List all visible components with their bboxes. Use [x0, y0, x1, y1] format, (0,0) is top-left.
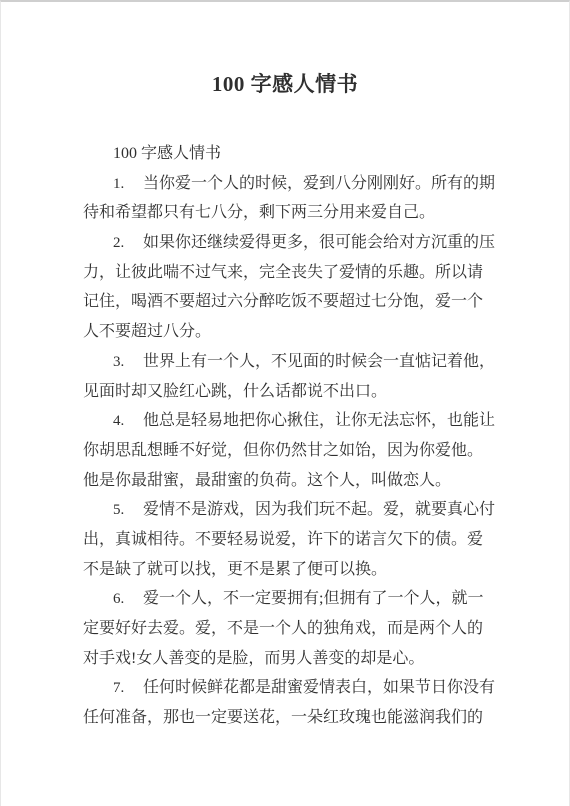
line-text: 力，让彼此喘不过气来，完全丧失了爱情的乐趣。所以请 — [83, 264, 483, 281]
line-text: 不是缺了就可以找，更不是累了便可以换。 — [83, 561, 387, 578]
list-number: 3. — [113, 348, 143, 378]
line-text: 你胡思乱想睡不好觉，但你仍然甘之如饴，因为你爱他。 — [83, 442, 483, 459]
line-text: 爱一个人，不一定要拥有;但拥有了一个人，就一 — [143, 590, 483, 607]
paragraph-4-line-2: 他是你最甜蜜，最甜蜜的负荷。这个人，叫做恋人。 — [83, 466, 499, 496]
line-text: 他是你最甜蜜，最甜蜜的负荷。这个人，叫做恋人。 — [83, 472, 451, 489]
paragraph-2-line-0: 2.如果你还继续爱得更多，很可能会给对方沉重的压 — [83, 228, 499, 258]
paragraph-2-line-3: 人不要超过八分。 — [83, 317, 499, 347]
line-text: 对手戏!女人善变的是脸，而男人善变的却是心。 — [83, 650, 424, 667]
line-text: 爱情不是游戏，因为我们玩不起。爱，就要真心付 — [143, 501, 495, 518]
line-text: 他总是轻易地把你心揪住，让你无法忘怀，也能让 — [143, 412, 495, 429]
paragraph-5-line-0: 5.爱情不是游戏，因为我们玩不起。爱，就要真心付 — [83, 495, 499, 525]
list-number: 6. — [113, 585, 143, 615]
paragraph-2-line-1: 力，让彼此喘不过气来，完全丧失了爱情的乐趣。所以请 — [83, 258, 499, 288]
line-text: 出，真诚相待。不要轻易说爱，许下的诺言欠下的债。爱 — [83, 531, 483, 548]
line-text: 定要好好去爱。爱，不是一个人的独角戏，而是两个人的 — [83, 620, 483, 637]
paragraph-7-line-1: 任何准备，那也一定要送花，一朵红玫瑰也能滋润我们的 — [83, 703, 499, 733]
paragraph-6-line-2: 对手戏!女人善变的是脸，而男人善变的却是心。 — [83, 644, 499, 674]
line-text: 见面时却又脸红心跳，什么话都说不出口。 — [83, 383, 387, 400]
paragraph-5-line-1: 出，真诚相待。不要轻易说爱，许下的诺言欠下的债。爱 — [83, 525, 499, 555]
line-text: 待和希望都只有七八分，剩下两三分用来爱自己。 — [83, 204, 435, 221]
paragraph-7-line-0: 7.任何时候鲜花都是甜蜜爱情表白，如果节日你没有 — [83, 673, 499, 703]
line-text: 当你爱一个人的时候，爱到八分刚刚好。所有的期 — [143, 175, 495, 192]
line-text: 任何准备，那也一定要送花，一朵红玫瑰也能滋润我们的 — [83, 709, 483, 726]
paragraph-6-line-1: 定要好好去爱。爱，不是一个人的独角戏，而是两个人的 — [83, 614, 499, 644]
line-text: 人不要超过八分。 — [83, 323, 211, 340]
document-subtitle-line: 100 字感人情书 — [83, 139, 499, 169]
paragraph-5-line-2: 不是缺了就可以找，更不是累了便可以换。 — [83, 555, 499, 585]
line-text: 记住，喝酒不要超过六分醉吃饭不要超过七分饱，爱一个 — [83, 293, 483, 310]
paragraph-1-line-0: 1.当你爱一个人的时候，爱到八分刚刚好。所有的期 — [83, 169, 499, 199]
document-page: 100 字感人情书 100 字感人情书1.当你爱一个人的时候，爱到八分刚刚好。所… — [0, 0, 570, 806]
list-number: 5. — [113, 496, 143, 526]
line-text: 任何时候鲜花都是甜蜜爱情表白，如果节日你没有 — [143, 679, 495, 696]
paragraph-6-line-0: 6.爱一个人，不一定要拥有;但拥有了一个人，就一 — [83, 584, 499, 614]
line-text: 世界上有一个人，不见面的时候会一直惦记着他， — [143, 353, 495, 370]
list-number: 7. — [113, 674, 143, 704]
paragraph-3-line-0: 3.世界上有一个人，不见面的时候会一直惦记着他， — [83, 347, 499, 377]
paragraph-2-line-2: 记住，喝酒不要超过六分醉吃饭不要超过七分饱，爱一个 — [83, 287, 499, 317]
paragraph-3-line-1: 见面时却又脸红心跳，什么话都说不出口。 — [83, 377, 499, 407]
list-number: 4. — [113, 407, 143, 437]
list-number: 1. — [113, 170, 143, 200]
line-text: 100 字感人情书 — [113, 145, 221, 162]
list-number: 2. — [113, 229, 143, 259]
paragraph-1-line-1: 待和希望都只有七八分，剩下两三分用来爱自己。 — [83, 198, 499, 228]
paragraph-4-line-0: 4.他总是轻易地把你心揪住，让你无法忘怀，也能让 — [83, 406, 499, 436]
document-title: 100 字感人情书 — [1, 70, 569, 98]
document-body: 100 字感人情书1.当你爱一个人的时候，爱到八分刚刚好。所有的期待和希望都只有… — [83, 139, 499, 733]
line-text: 如果你还继续爱得更多，很可能会给对方沉重的压 — [143, 234, 495, 251]
paragraph-4-line-1: 你胡思乱想睡不好觉，但你仍然甘之如饴，因为你爱他。 — [83, 436, 499, 466]
